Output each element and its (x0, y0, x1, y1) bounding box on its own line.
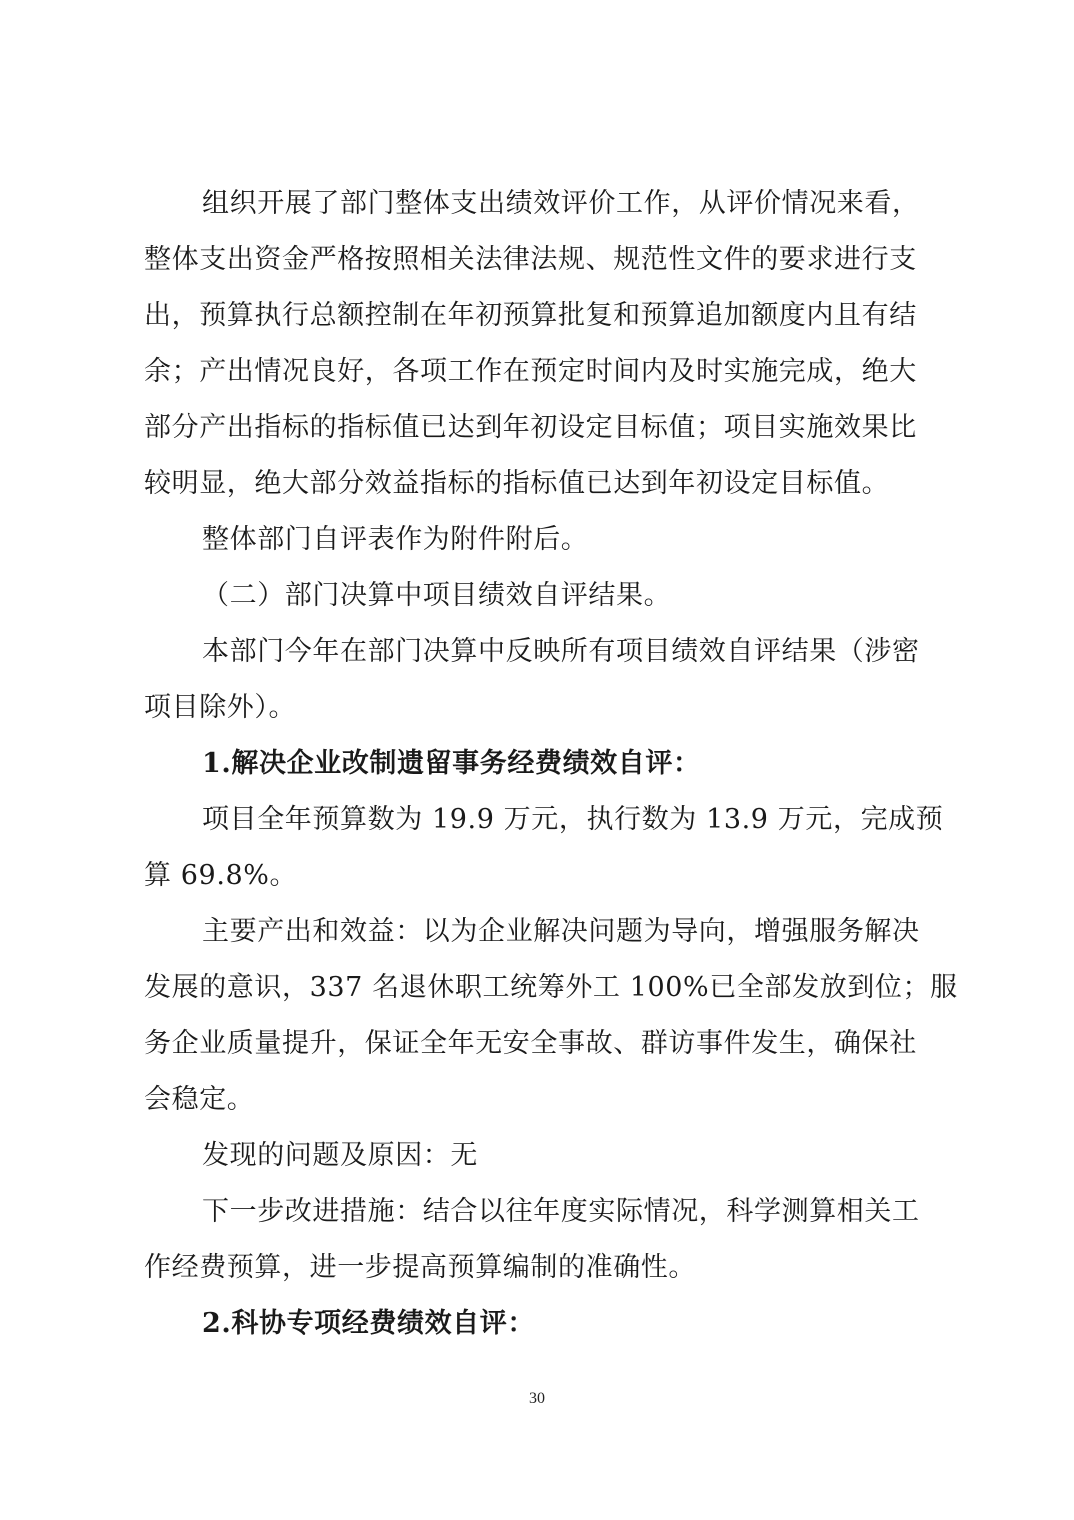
paragraph-line: 下一步改进措施：结合以往年度实际情况，科学测算相关工 (202, 1194, 1002, 1230)
subsection-heading: 1.解决企业改制遗留事务经费绩效自评： (202, 746, 1002, 782)
paragraph-line: 主要产出和效益：以为企业解决问题为导向，增强服务解决 (202, 914, 1002, 950)
paragraph-line: 余；产出情况良好，各项工作在预定时间内及时实施完成，绝大 (144, 354, 944, 390)
section-heading: （二）部门决算中项目绩效自评结果。 (202, 578, 1002, 614)
paragraph-line: 务企业质量提升，保证全年无安全事故、群访事件发生，确保社 (144, 1026, 944, 1062)
paragraph-line: 会稳定。 (144, 1082, 944, 1118)
paragraph-line: 本部门今年在部门决算中反映所有项目绩效自评结果（涉密 (202, 634, 1002, 670)
paragraph-line: 出，预算执行总额控制在年初预算批复和预算追加额度内且有结 (144, 298, 944, 334)
paragraph-line: 整体部门自评表作为附件附后。 (202, 522, 1002, 558)
paragraph-line: 项目除外）。 (144, 690, 944, 726)
paragraph-line: 算 69.8%。 (144, 858, 944, 894)
paragraph-line: 作经费预算，进一步提高预算编制的准确性。 (144, 1250, 944, 1286)
paragraph-line: 发展的意识，337 名退休职工统筹外工 100%已全部发放到位；服 (144, 970, 944, 1006)
document-page: 组织开展了部门整体支出绩效评价工作，从评价情况来看， 整体支出资金严格按照相关法… (0, 0, 1074, 1520)
paragraph-line: 较明显，绝大部分效益指标的指标值已达到年初设定目标值。 (144, 466, 944, 502)
paragraph-line: 整体支出资金严格按照相关法律法规、规范性文件的要求进行支 (144, 242, 944, 278)
paragraph-line: 部分产出指标的指标值已达到年初设定目标值；项目实施效果比 (144, 410, 944, 446)
paragraph-line: 项目全年预算数为 19.9 万元，执行数为 13.9 万元，完成预 (202, 802, 1002, 838)
subsection-heading: 2.科协专项经费绩效自评： (202, 1306, 1002, 1342)
paragraph-line: 组织开展了部门整体支出绩效评价工作，从评价情况来看， (202, 186, 1002, 222)
page-number: 30 (0, 1390, 1074, 1408)
paragraph-line: 发现的问题及原因：无 (202, 1138, 1002, 1174)
